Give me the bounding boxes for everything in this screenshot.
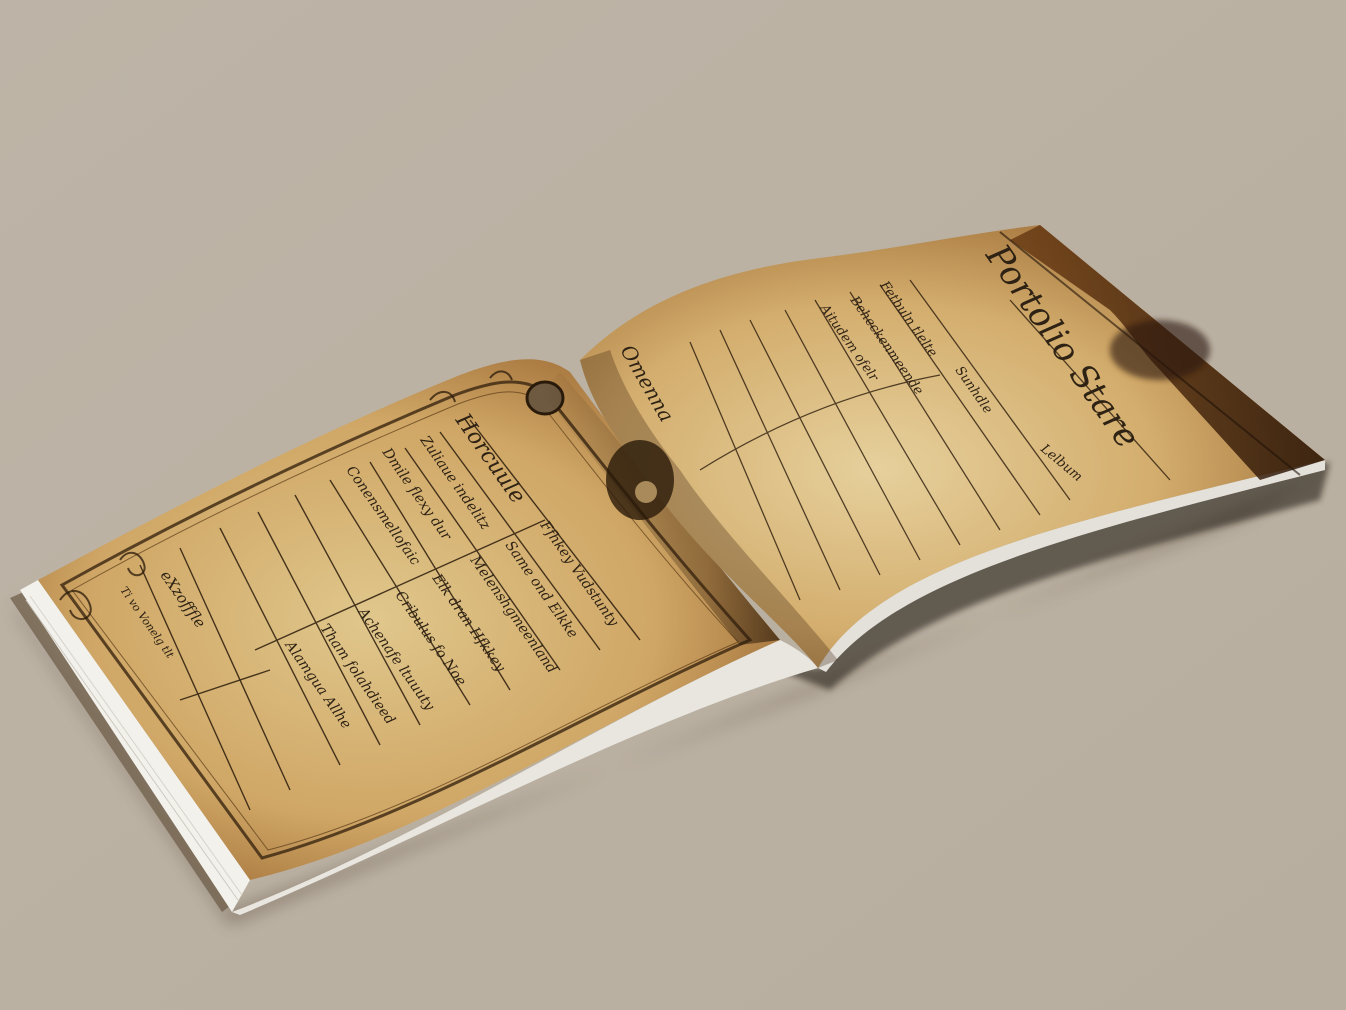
book-scene: Horcuule Zuliaue indelitz Dmile flexy du… xyxy=(0,0,1346,1010)
medallion-icon xyxy=(606,440,674,520)
